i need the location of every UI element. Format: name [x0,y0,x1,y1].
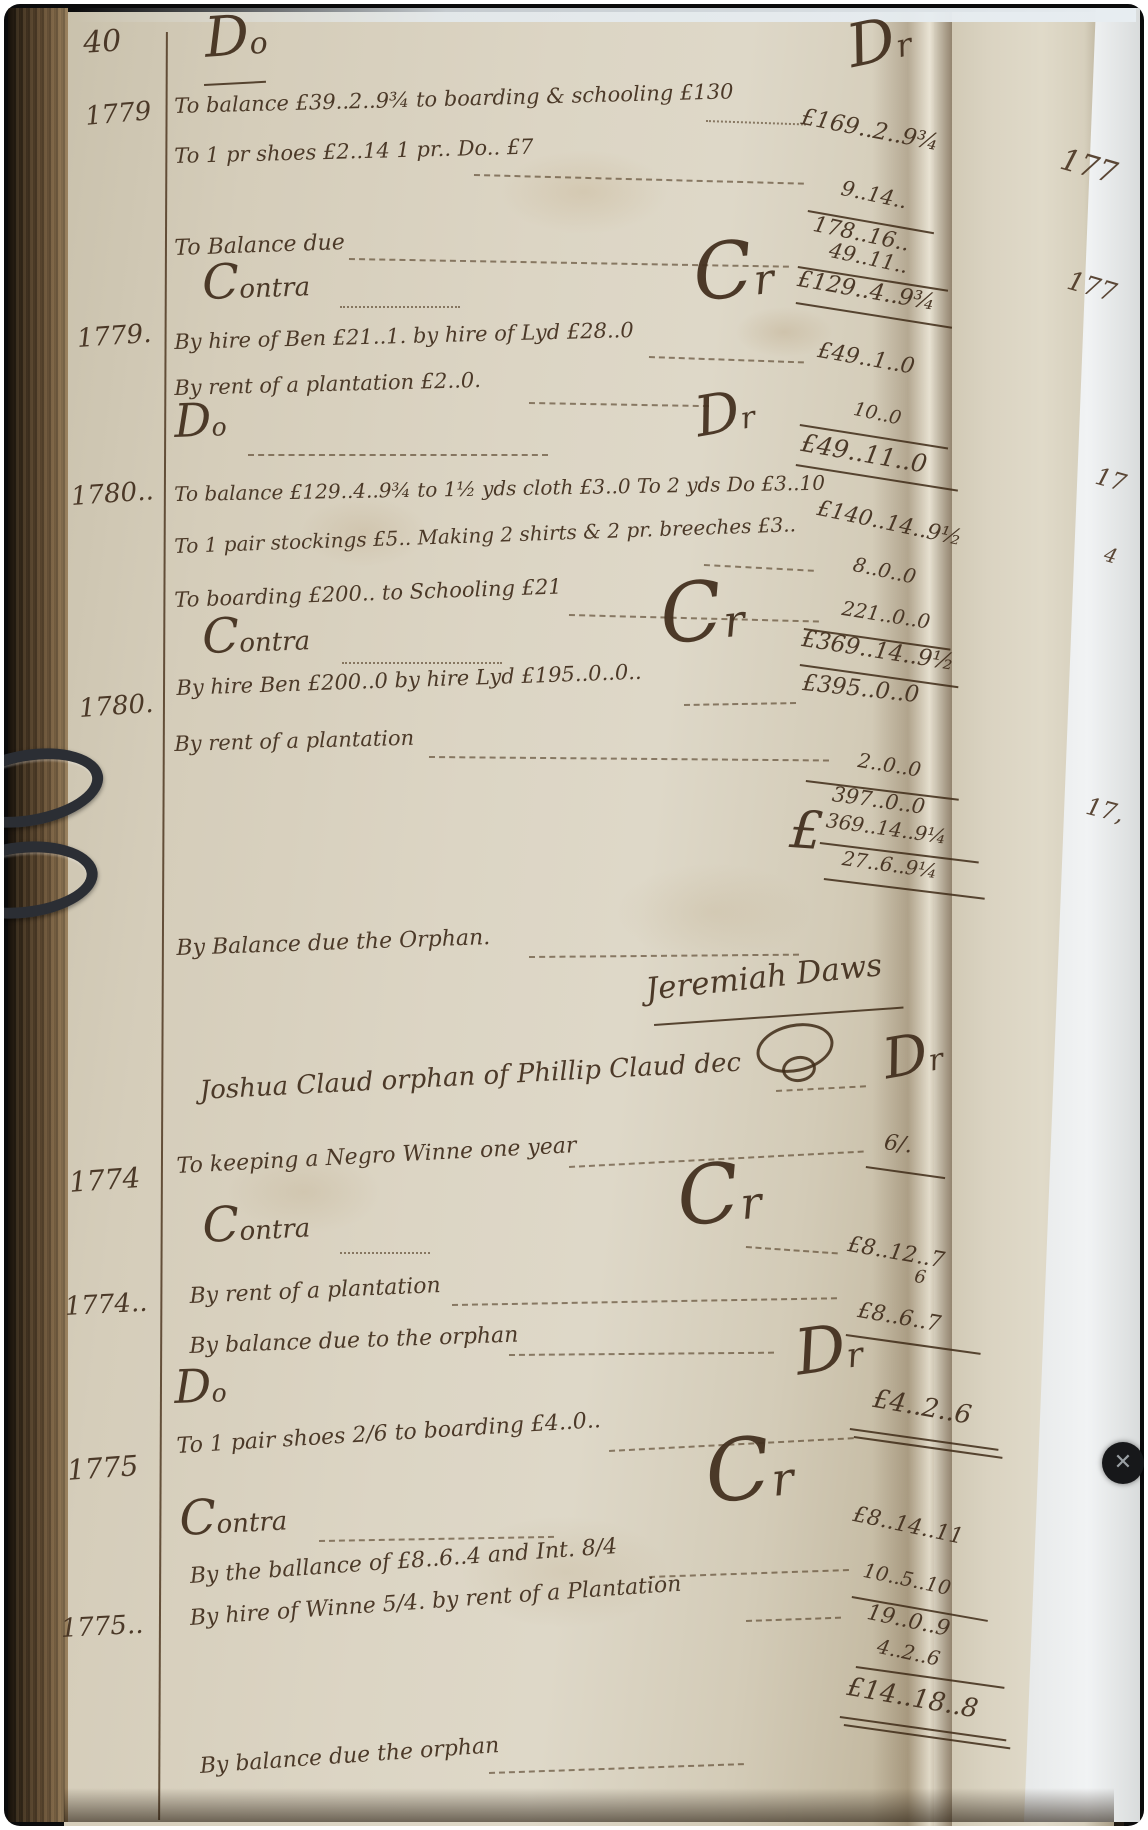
close-icon[interactable]: ✕ [1102,1442,1144,1484]
dotted-leader [340,1252,430,1254]
entry-year: 1775 [66,1449,139,1487]
photo-frame: 40 Do Dr 1779 To balance £39..2..9¾ to b… [4,4,1144,1826]
dotted-leader [248,454,548,456]
dotted-leader [340,306,460,308]
contra-heading: Contra [202,272,311,306]
entry-year: 1779 [84,96,153,132]
credit-flourish: Cr [692,254,776,311]
dotted-leader [342,662,502,664]
entry-year: 1774 [68,1161,141,1199]
entry-year: 1780. [78,689,154,724]
entry-year: 1775.. [60,1610,144,1644]
credit-flourish: Cr [676,1177,764,1236]
entry-amount: 6/. [883,1130,915,1159]
contra-heading: Contra [179,1506,288,1542]
page-number: 40 [82,23,123,61]
entry-year: 1779. [76,319,152,354]
contra-heading: Contra [202,626,311,660]
pound-sign: £ [788,800,825,862]
contra-heading: Contra [202,1213,311,1249]
ledger-photo: 40 Do Dr 1779 To balance £39..2..9¾ to b… [0,0,1148,1830]
ditto-row: Do [174,412,227,443]
entry-year: 1780.. [70,476,155,512]
book-bottom-shadow [64,1788,1114,1822]
credit-flourish: Cr [659,595,747,654]
heading-ditto: Do [204,26,269,65]
ditto-row: Do [174,1378,227,1409]
entry-year: 1774.. [64,1288,148,1322]
credit-flourish: Cr [704,1451,796,1514]
